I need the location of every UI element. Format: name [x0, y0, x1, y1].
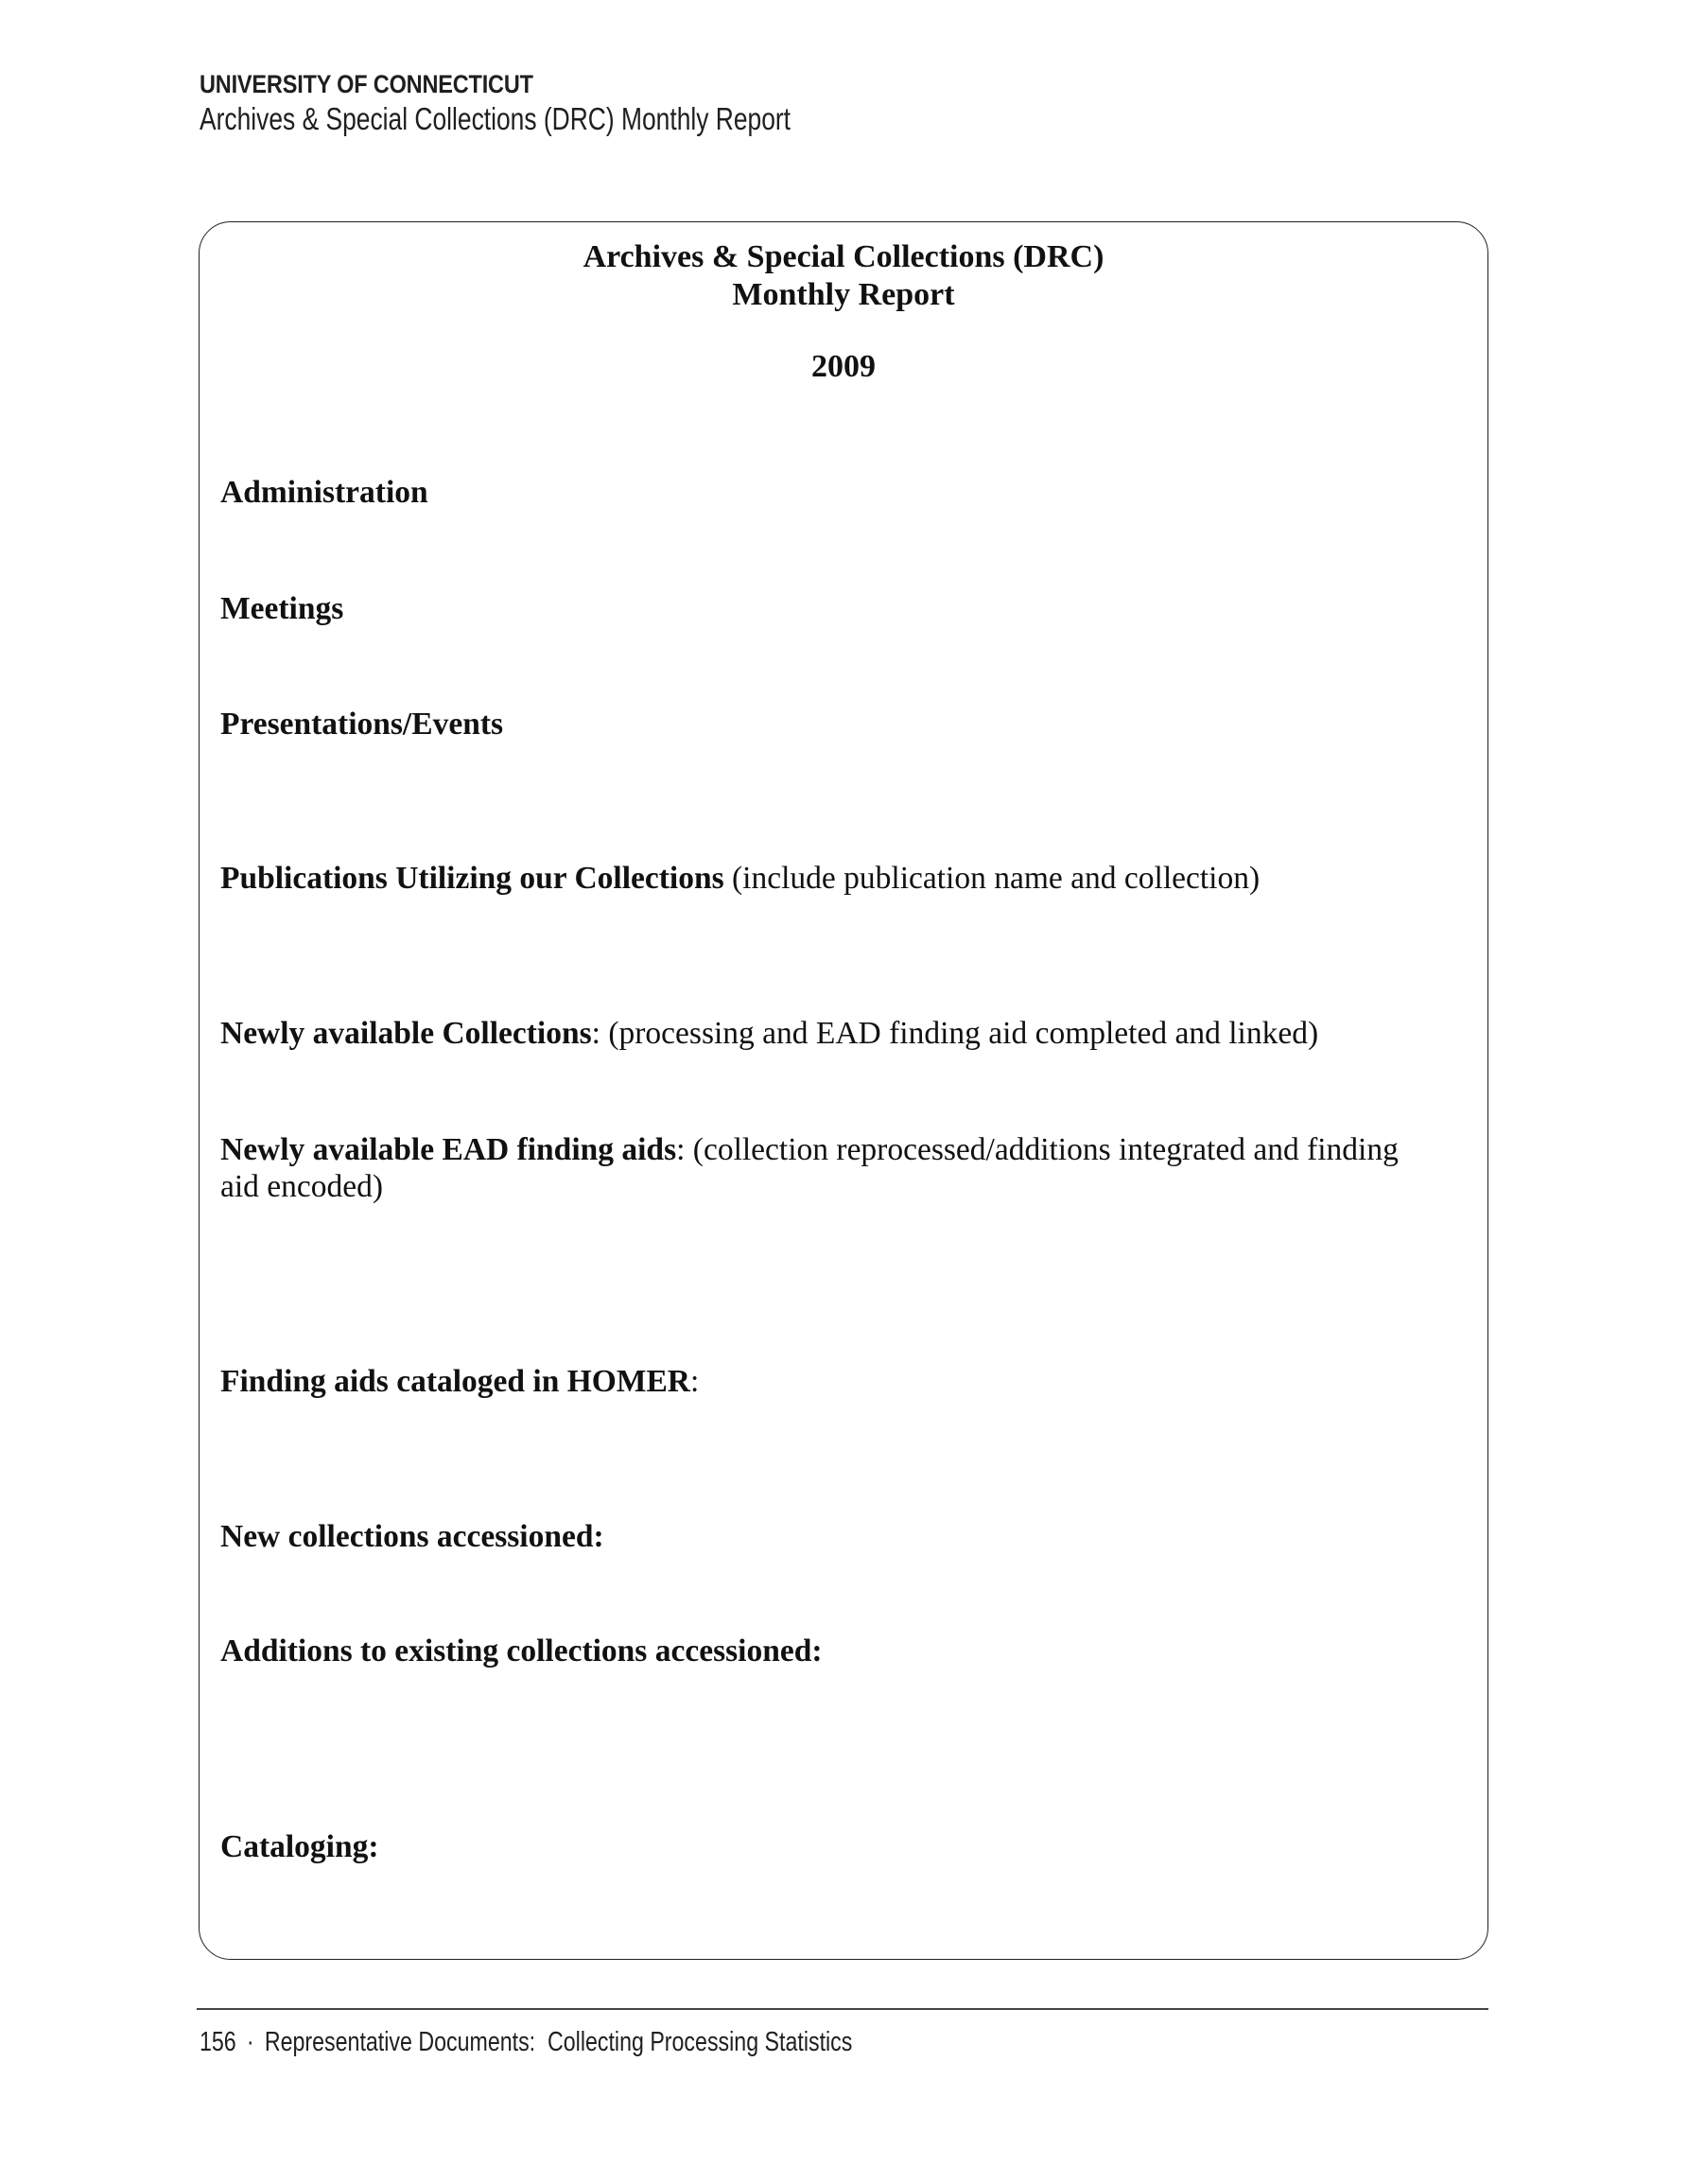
- section-label: New collections accessioned:: [220, 1519, 604, 1554]
- section-label: Presentations/Events: [220, 707, 503, 742]
- section-presentations-events: Presentations/Events: [220, 706, 1431, 743]
- page-number: 156: [200, 2027, 236, 2057]
- section-meetings: Meetings: [220, 590, 1431, 627]
- section-label: Publications Utilizing our Collections: [220, 861, 724, 896]
- section-new-collections-accessioned: New collections accessioned:: [220, 1518, 1431, 1555]
- footer-text: Representative Documents: Collecting Pro…: [265, 2027, 853, 2057]
- section-label: Meetings: [220, 591, 343, 626]
- page-footer: 156·Representative Documents: Collecting…: [200, 2026, 852, 2058]
- section-finding-aids-homer: Finding aids cataloged in HOMER:: [220, 1363, 1431, 1400]
- organization-name: UNIVERSITY OF CONNECTICUT: [200, 70, 843, 98]
- section-label: Administration: [220, 475, 428, 510]
- footer-divider: [197, 2008, 1488, 2010]
- section-label: Newly available EAD finding aids: [220, 1132, 676, 1167]
- report-form-box: Archives & Special Collections (DRC) Mon…: [199, 221, 1488, 1960]
- section-newly-available-collections: Newly available Collections: (processing…: [220, 1015, 1431, 1052]
- section-label: Newly available Collections: [220, 1016, 592, 1051]
- section-publications: Publications Utilizing our Collections (…: [220, 860, 1431, 897]
- section-label: Finding aids cataloged in HOMER: [220, 1364, 690, 1399]
- section-hint: :: [690, 1364, 699, 1399]
- section-label: Additions to existing collections access…: [220, 1634, 822, 1669]
- section-newly-available-ead: Newly available EAD finding aids: (colle…: [220, 1131, 1402, 1205]
- section-administration: Administration: [220, 474, 1431, 511]
- report-subtitle: Archives & Special Collections (DRC) Mon…: [200, 100, 791, 138]
- section-hint: (include publication name and collection…: [724, 861, 1261, 896]
- section-label: Cataloging:: [220, 1829, 379, 1864]
- section-hint: : (processing and EAD finding aid comple…: [592, 1016, 1318, 1051]
- form-title-line2: Monthly Report: [200, 277, 1487, 313]
- footer-separator: ·: [236, 2027, 265, 2057]
- form-title: Archives & Special Collections (DRC): [200, 239, 1487, 275]
- section-cataloging: Cataloging:: [220, 1828, 1431, 1865]
- running-head: UNIVERSITY OF CONNECTICUT Archives & Spe…: [200, 70, 938, 138]
- section-additions-accessioned: Additions to existing collections access…: [220, 1633, 1431, 1669]
- form-year: 2009: [200, 349, 1487, 385]
